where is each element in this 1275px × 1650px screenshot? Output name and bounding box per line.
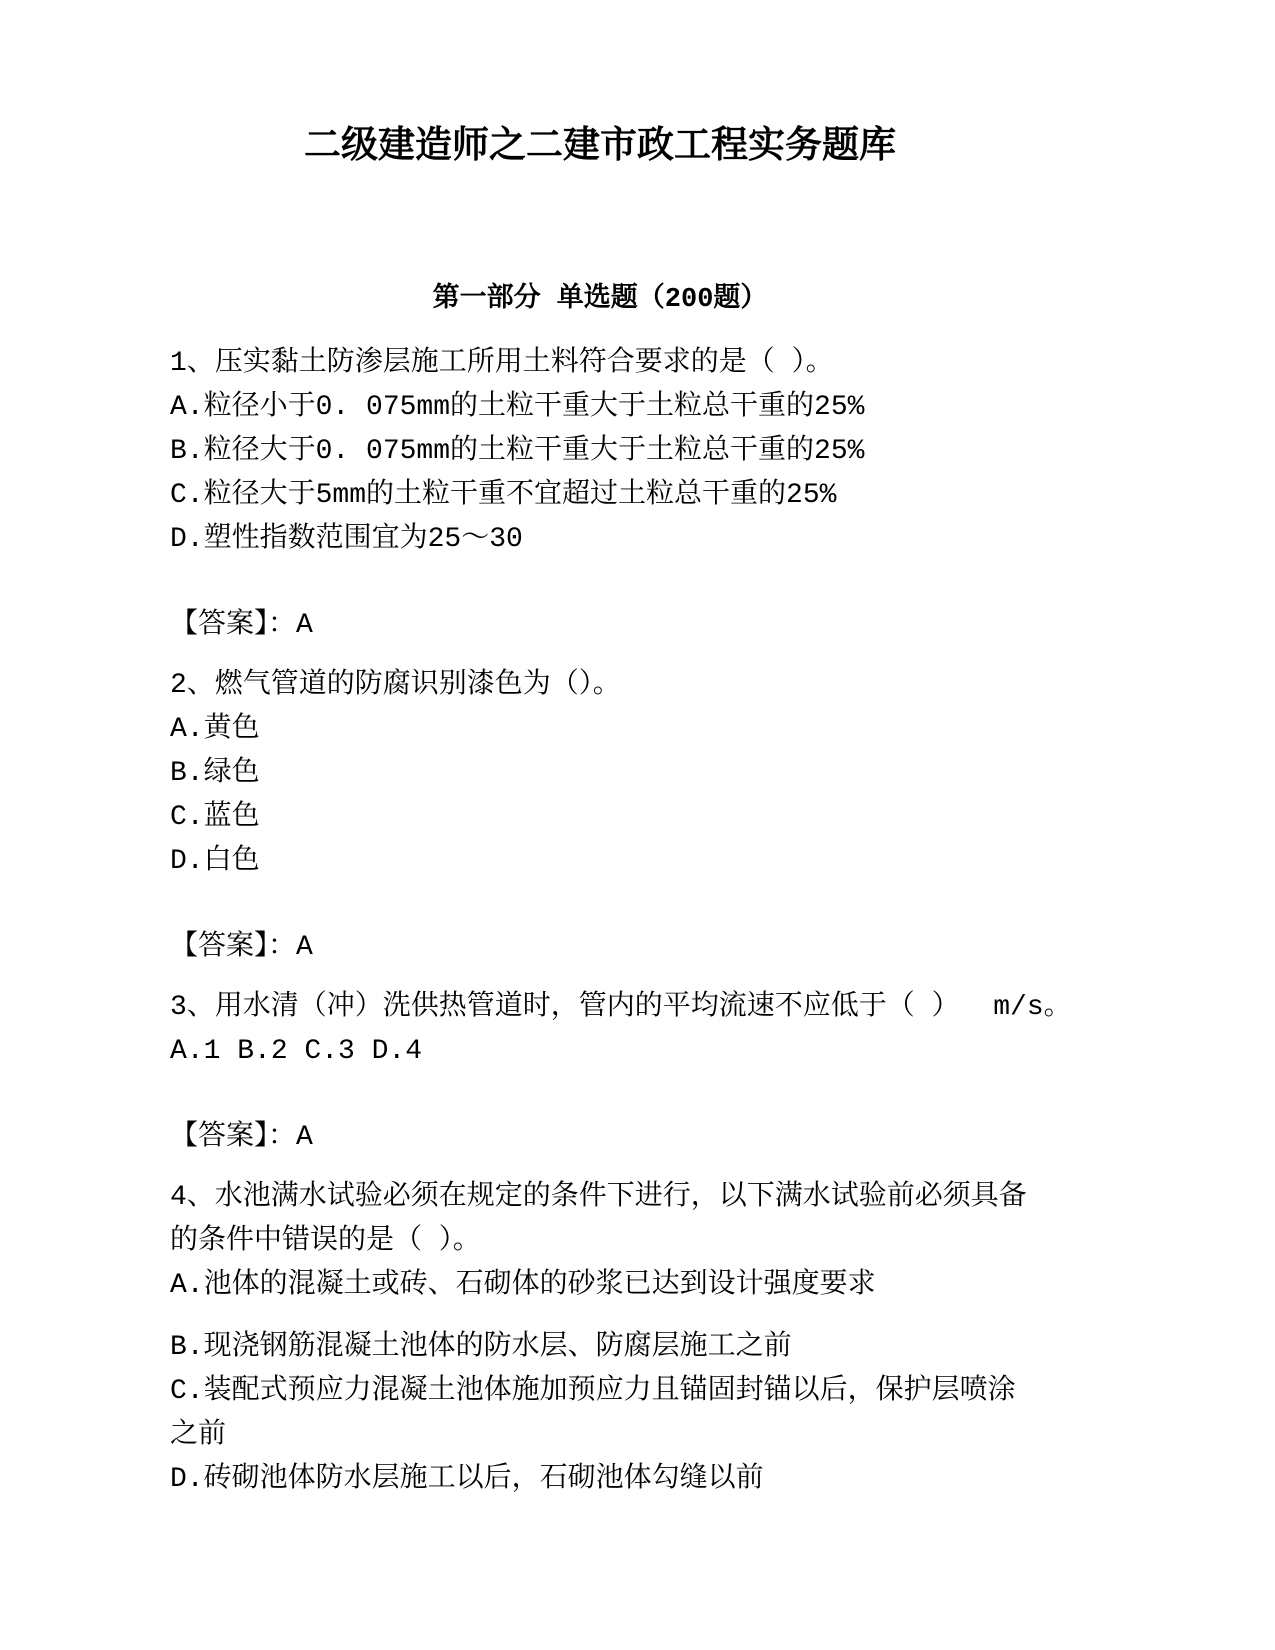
question-2-option-a: A.黄色 [170,708,1030,752]
question-4-stem: 4、水池满水试验必须在规定的条件下进行，以下满水试验前必须具备 [170,1176,1030,1220]
question-1-option-c: C.粒径大于5mm的土粒干重不宜超过土粒总干重的25% [170,474,1030,518]
question-4-option-a: A.池体的混凝土或砖、石砌体的砂浆已达到设计强度要求 [170,1264,1030,1308]
question-4-option-c-continued: 之前 [170,1414,1030,1458]
answer-label: 【答案】： [170,610,296,641]
document-page: 二级建造师之二建市政工程实务题库 第一部分 单选题（200题） 1、压实黏土防渗… [0,0,1275,1650]
question-4-stem-continued: 的条件中错误的是（ ）。 [170,1220,1030,1264]
question-4-option-c: C.装配式预应力混凝土池体施加预应力且锚固封锚以后，保护层喷涂 [170,1370,1030,1414]
question-1-option-d: D.塑性指数范围宜为25～30 [170,518,1030,562]
answer-value: A [296,1122,313,1153]
question-1-answer-line: 【答案】：A [170,604,1030,648]
question-1-option-b: B.粒径大于0. 075mm的土粒干重大于土粒总干重的25% [170,430,1030,474]
question-1: 1、压实黏土防渗层施工所用土料符合要求的是（ ）。 A.粒径小于0. 075mm… [170,342,1030,648]
question-2-option-d: D.白色 [170,840,1030,884]
question-1-stem: 1、压实黏土防渗层施工所用土料符合要求的是（ ）。 [170,342,1030,386]
question-2-stem: 2、燃气管道的防腐识别漆色为（）。 [170,664,1030,708]
answer-label: 【答案】： [170,1122,296,1153]
answer-value: A [296,932,313,963]
document-content: 二级建造师之二建市政工程实务题库 第一部分 单选题（200题） 1、压实黏土防渗… [170,0,1030,1502]
question-4-option-d: D.砖砌池体防水层施工以后，石砌池体勾缝以前 [170,1458,1030,1502]
question-3: 3、用水清（冲）洗供热管道时，管内的平均流速不应低于（ ） m/s。 A.1 B… [170,986,1030,1160]
question-2-option-c: C.蓝色 [170,796,1030,840]
section-heading: 第一部分 单选题（200题） [170,282,1030,318]
question-3-answer-line: 【答案】：A [170,1116,1030,1160]
question-3-options-inline: A.1 B.2 C.3 D.4 [170,1030,1030,1074]
question-1-option-a: A.粒径小于0. 075mm的土粒干重大于土粒总干重的25% [170,386,1030,430]
question-4-option-b: B.现浇钢筋混凝土池体的防水层、防腐层施工之前 [170,1326,1030,1370]
question-4: 4、水池满水试验必须在规定的条件下进行，以下满水试验前必须具备 的条件中错误的是… [170,1176,1030,1502]
document-title: 二级建造师之二建市政工程实务题库 [170,122,1030,174]
question-3-stem: 3、用水清（冲）洗供热管道时，管内的平均流速不应低于（ ） m/s。 [170,986,1030,1030]
question-2: 2、燃气管道的防腐识别漆色为（）。 A.黄色 B.绿色 C.蓝色 D.白色 【答… [170,664,1030,970]
question-2-answer-line: 【答案】：A [170,926,1030,970]
answer-value: A [296,610,313,641]
question-2-option-b: B.绿色 [170,752,1030,796]
answer-label: 【答案】： [170,932,296,963]
